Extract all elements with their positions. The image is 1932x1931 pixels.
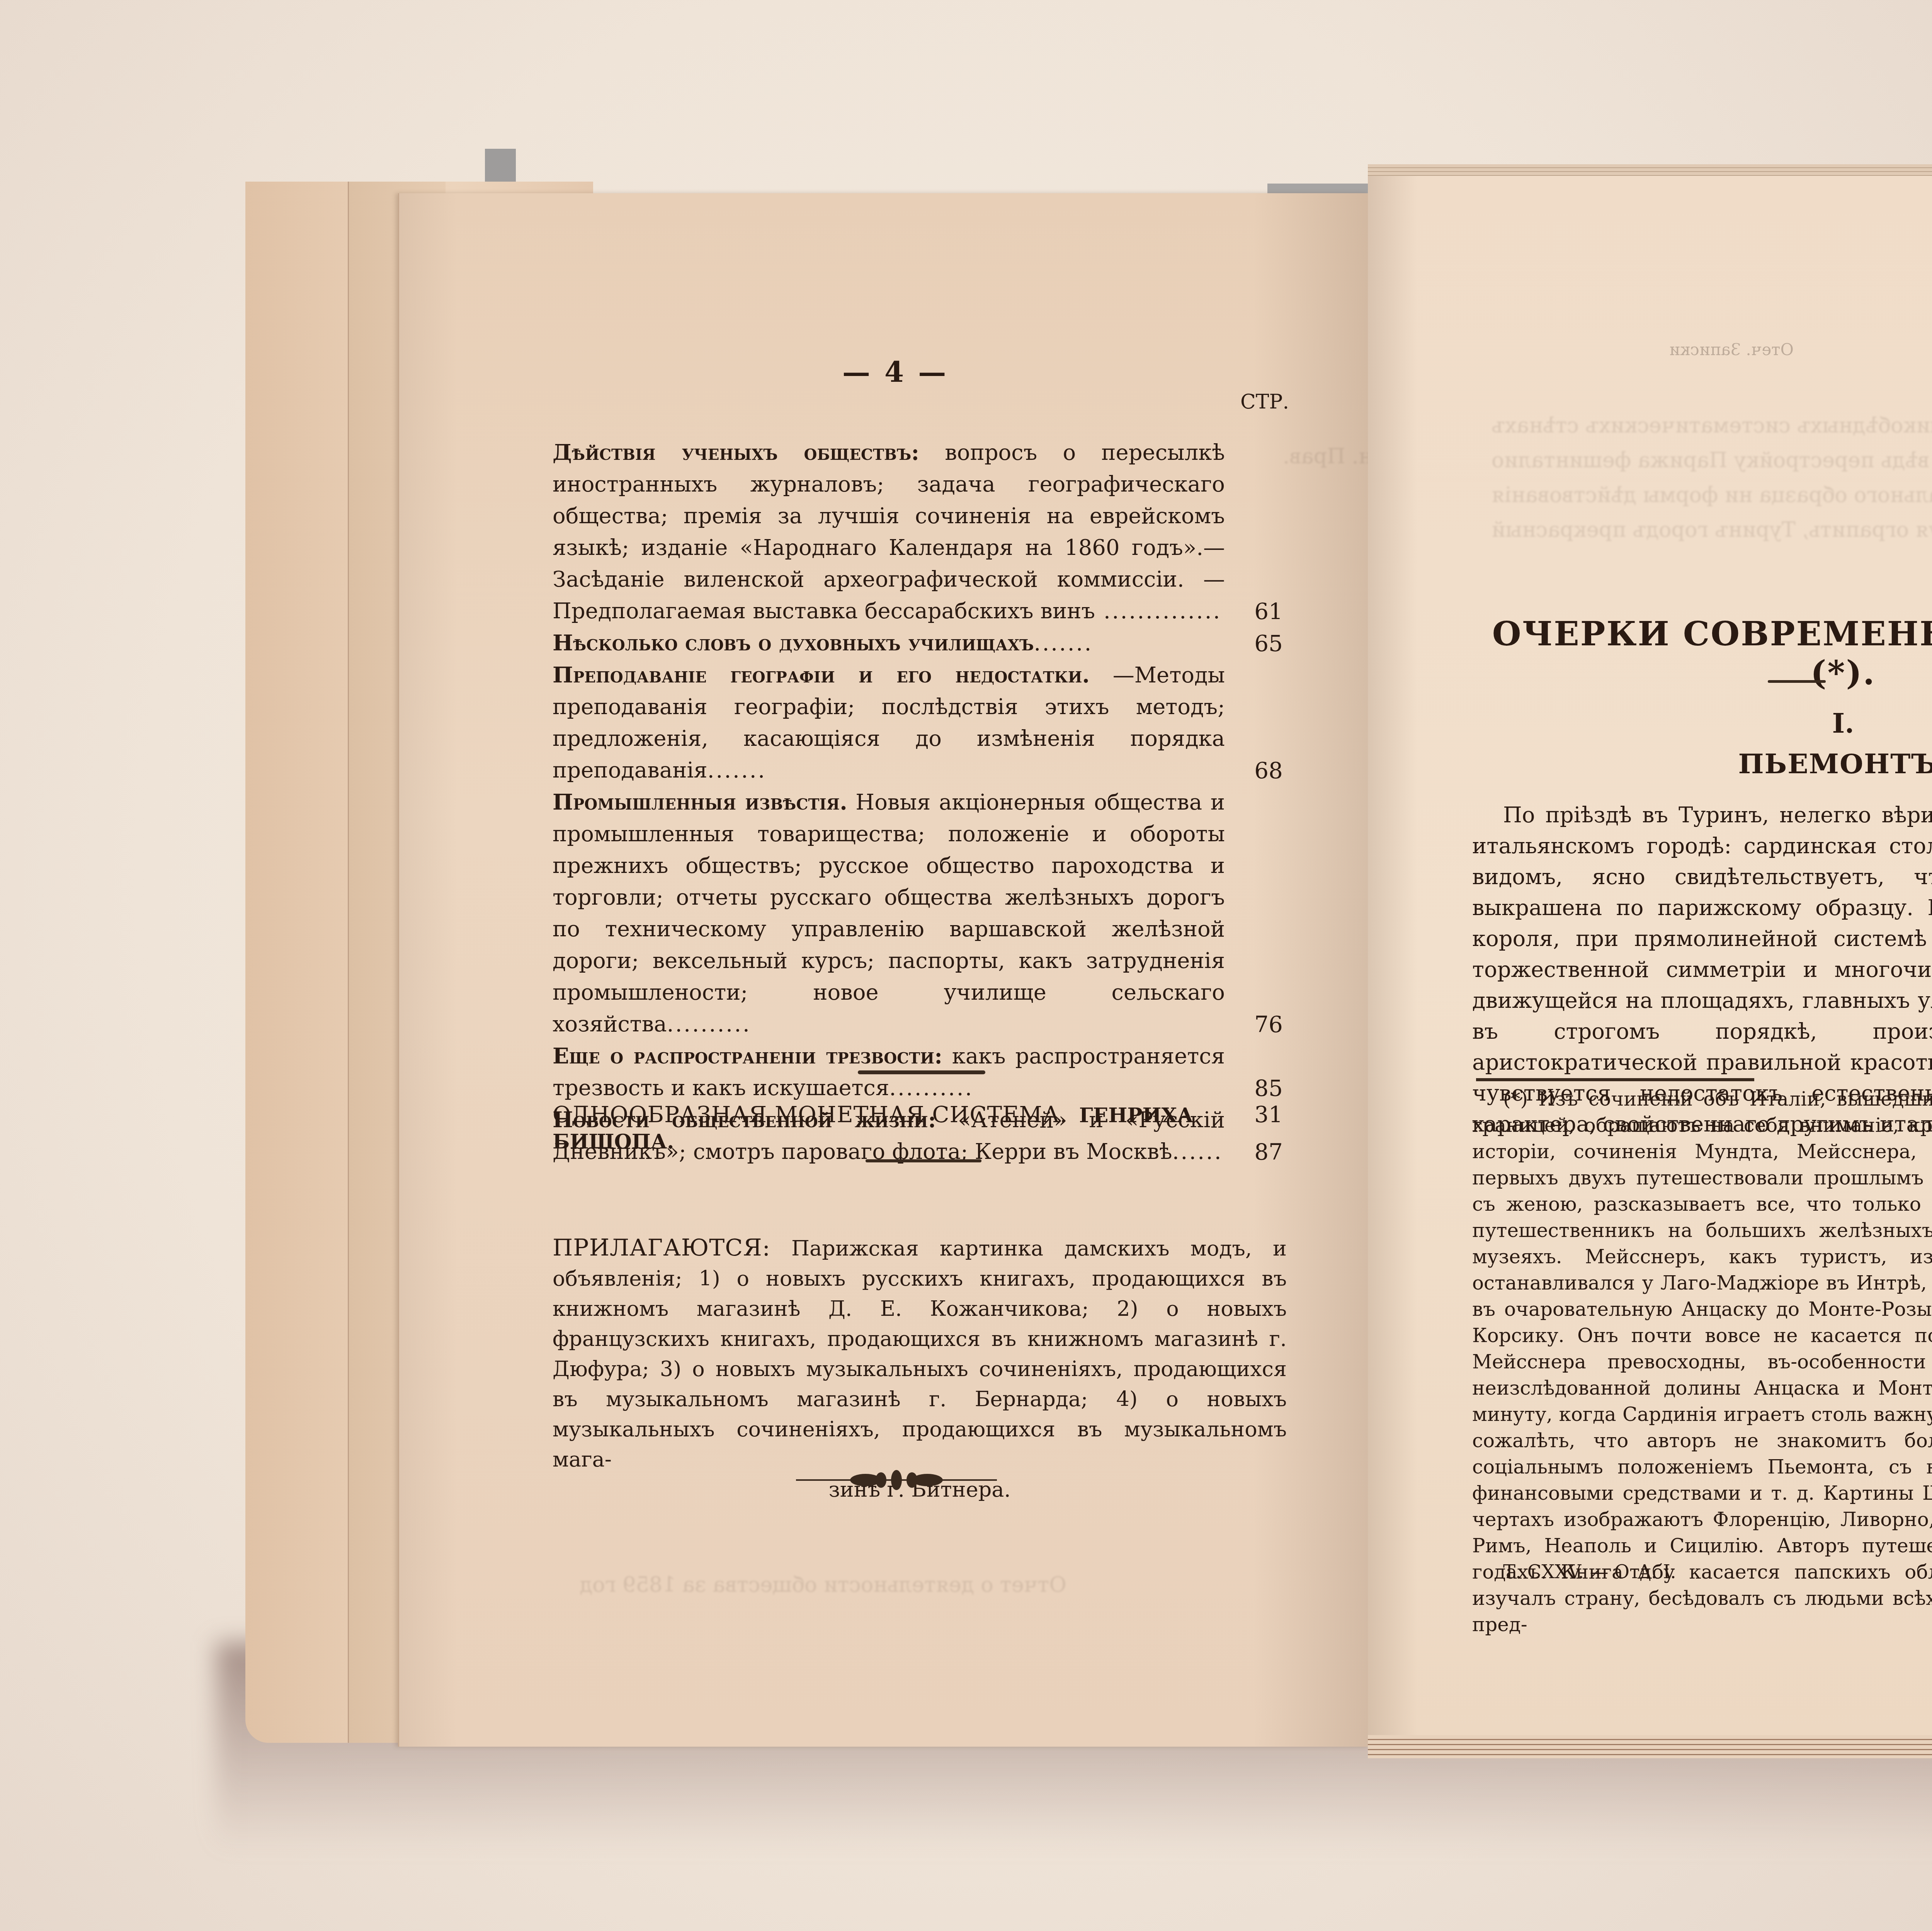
article-title: ОЧЕРКИ СОВРЕМЕННОЙ ИТАЛІИ (*).: [1472, 614, 1932, 692]
ornament-icon: [796, 1468, 997, 1492]
bleed-running-head: Отеч. Записки: [1669, 340, 1794, 359]
page-number-top: — 4 —: [842, 356, 948, 388]
section-rule: [858, 1070, 985, 1074]
toc-entry-page: 76: [1254, 1009, 1283, 1040]
bleed-through-text: Здѣсь вспоминаемъ о великобѣдныхъ систем…: [1492, 410, 1932, 441]
toc-entry[interactable]: Преподаваніе географіи и его недостатки.…: [553, 659, 1283, 786]
toc-entry-text: вопросъ о пересылкѣ иностранныхъ журнало…: [553, 440, 1225, 624]
appendix-heading: ПРИЛАГАЮТСЯ:: [553, 1234, 770, 1261]
toc-entry-heading: Преподаваніе географіи и его недостатки.: [553, 662, 1090, 688]
part-number: I.: [1472, 707, 1932, 739]
toc-entry-page: 65: [1254, 628, 1283, 659]
monograph-title: Однообразная монетная система.: [553, 1101, 1067, 1128]
page-block-bottom-edge: [1368, 1735, 1932, 1758]
footnote: (*) Изъ сочиненій объ Италіи, вышедшихъ …: [1472, 1086, 1932, 1638]
monograph-entry[interactable]: Однообразная монетная система. ГЕНРИХА Б…: [553, 1101, 1283, 1154]
toc-entry-page: 85: [1254, 1072, 1283, 1104]
appendix-text: Парижская картинка дамскихъ модъ, и объя…: [553, 1236, 1287, 1472]
toc-entry[interactable]: Дѣйствія ученыхъ обществъ: вопросъ о пер…: [553, 437, 1283, 627]
toc-entry-heading: Дѣйствія ученыхъ обществъ:: [553, 440, 919, 465]
footnote-rule: [1476, 1078, 1754, 1081]
toc-entry-heading: Промышленныя извѣстія.: [553, 789, 847, 815]
table-of-contents: Дѣйствія ученыхъ обществъ: вопросъ о пер…: [553, 437, 1283, 1168]
toc-entry-heading: Нѣсколько словъ о духовныхъ училищахъ: [553, 630, 1034, 656]
column-header-str: СТР.: [1240, 390, 1289, 413]
bleed-through-text: торонъ Гуеннаго Наполеона вѣдь перестрой…: [1492, 444, 1932, 476]
bleed-through-text: Отчет о деятельности общества за 1859 го…: [580, 1569, 1066, 1601]
toc-entry-page: 61: [1254, 595, 1283, 627]
bleed-through-text: Тимпиенъ Италіи, Генуя ограпить, Туринъ …: [1492, 514, 1932, 546]
part-title: ПЬЕМОНТЪ.: [1472, 748, 1932, 780]
title-rule: [1768, 680, 1826, 683]
signature-mark: Т. CXXV. — Отд. I.: [1503, 1561, 1676, 1583]
toc-entry-page: 68: [1254, 755, 1283, 786]
toc-entry-heading: Еще о распространеніи трезвости:: [553, 1043, 942, 1069]
toc-entry-text: Новыя акціонерныя общества и промышленны…: [553, 790, 1225, 1037]
toc-entry[interactable]: Нѣсколько словъ о духовныхъ училищахъ...…: [553, 627, 1283, 659]
monograph-page: 31: [1254, 1101, 1283, 1128]
appendix-notice: ПРИЛАГАЮТСЯ: Парижская картинка дамскихъ…: [553, 1233, 1287, 1505]
toc-entry[interactable]: Промышленныя извѣстія. Новыя акціонерныя…: [553, 786, 1283, 1040]
section-rule: [866, 1159, 981, 1162]
bleed-through-text: цѣнимъ стѣнания фешинального образца ни …: [1492, 479, 1932, 511]
